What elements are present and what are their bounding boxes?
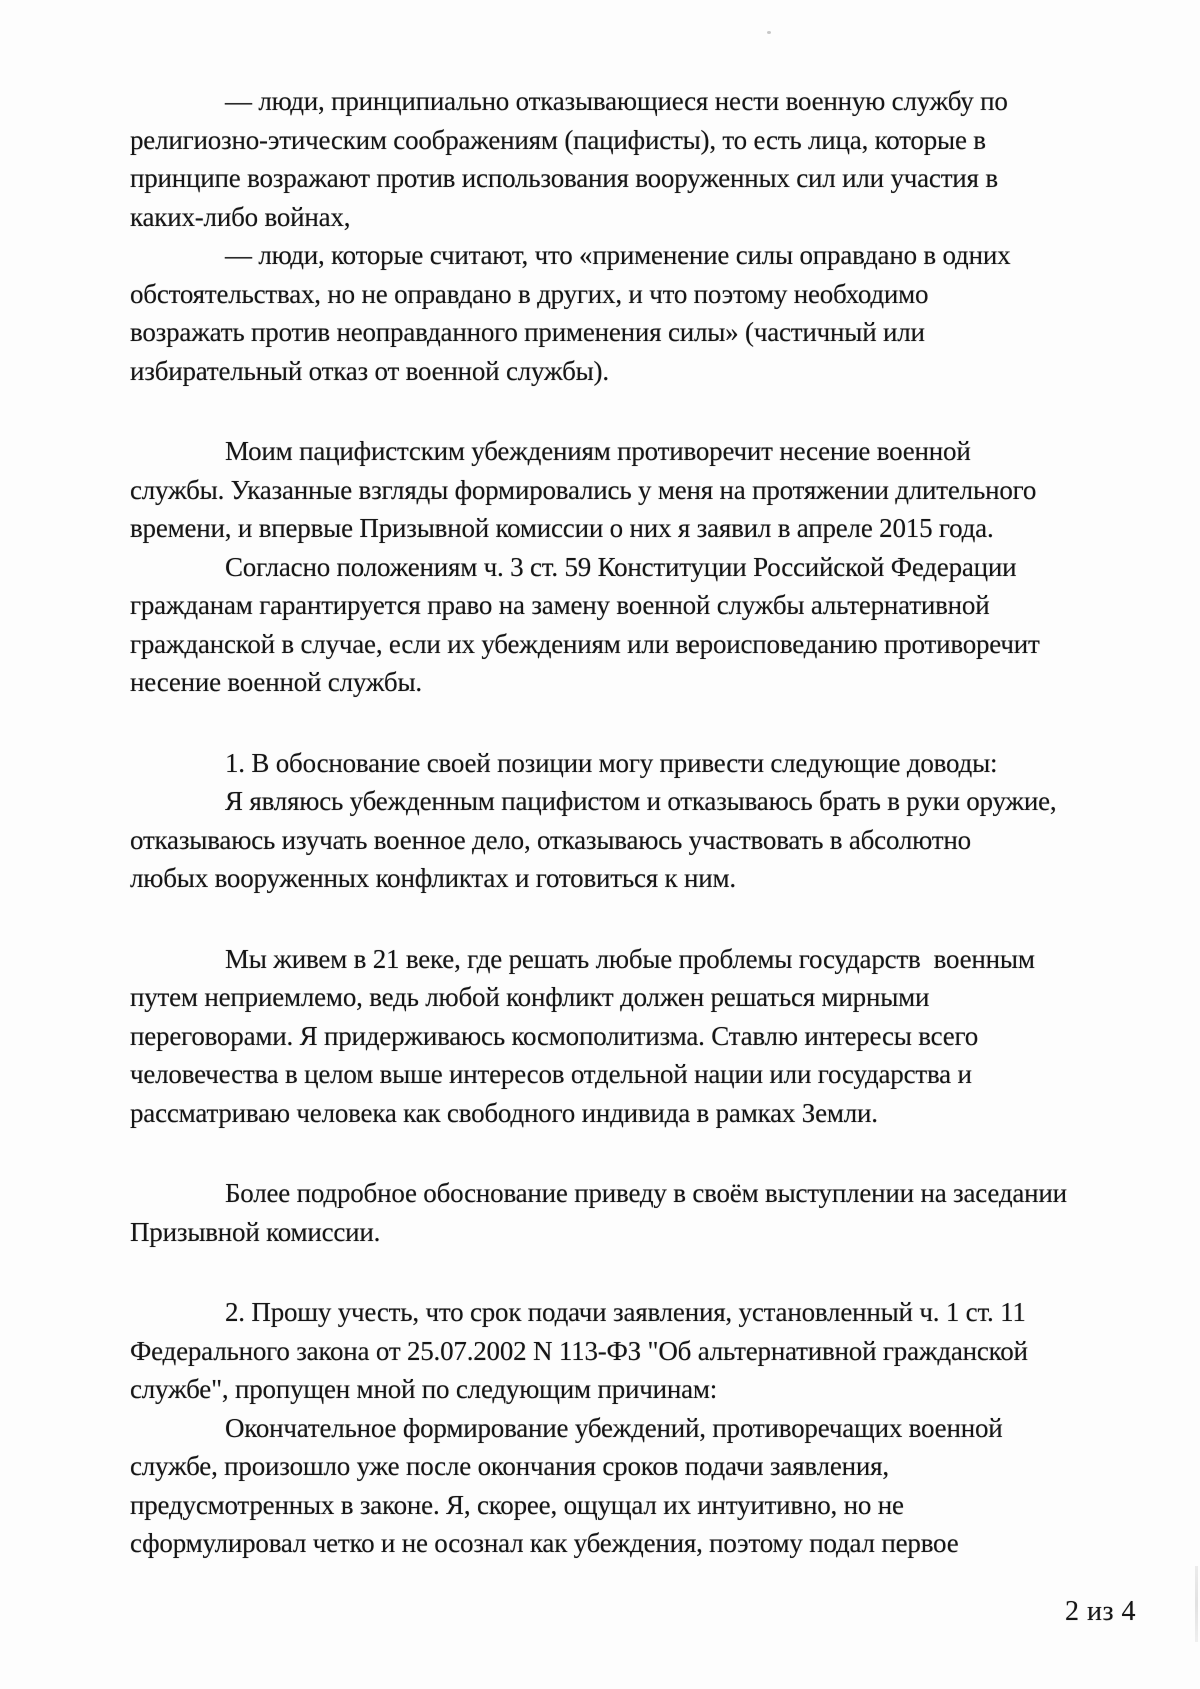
paragraph-block: — люди, принципиально отказывающиеся нес… — [130, 82, 1135, 390]
text-line: — люди, принципиально отказывающиеся нес… — [130, 82, 1135, 121]
text-line: времени, и впервые Призывной комиссии о … — [130, 509, 1135, 548]
scan-artifact — [1195, 1566, 1198, 1642]
text-line: каких-либо войнах, — [130, 198, 1135, 237]
text-line: рассматриваю человека как свободного инд… — [130, 1094, 1135, 1133]
text-line: службе", пропущен мной по следующим прич… — [130, 1370, 1135, 1409]
scan-artifact — [767, 31, 771, 34]
paragraph-block: 2. Прошу учесть, что срок подачи заявлен… — [130, 1293, 1135, 1563]
paragraph-block: Более подробное обоснование приведу в св… — [130, 1174, 1135, 1251]
paragraph-block: Моим пацифистским убеждениям противоречи… — [130, 432, 1135, 702]
paragraph-block: Мы живем в 21 веке, где решать любые про… — [130, 940, 1135, 1133]
document-page: — люди, принципиально отказывающиеся нес… — [0, 0, 1200, 1689]
text-line: переговорами. Я придерживаюсь космополит… — [130, 1017, 1135, 1056]
text-line: возражать против неоправданного применен… — [130, 313, 1135, 352]
text-line: 2. Прошу учесть, что срок подачи заявлен… — [130, 1293, 1135, 1332]
text-line: Окончательное формирование убеждений, пр… — [130, 1409, 1135, 1448]
text-line: религиозно-этическим соображениям (пациф… — [130, 121, 1135, 160]
text-line: любых вооруженных конфликтах и готовитьс… — [130, 859, 1135, 898]
text-line: несение военной службы. — [130, 663, 1135, 702]
text-line: 1. В обоснование своей позиции могу прив… — [130, 744, 1135, 783]
document-text: — люди, принципиально отказывающиеся нес… — [130, 82, 1135, 1563]
text-line: Я являюсь убежденным пацифистом и отказы… — [130, 782, 1135, 821]
text-line: Согласно положениям ч. 3 ст. 59 Конститу… — [130, 548, 1135, 587]
text-line: Федерального закона от 25.07.2002 N 113-… — [130, 1332, 1135, 1371]
text-line: человечества в целом выше интересов отде… — [130, 1055, 1135, 1094]
page-number: 2 из 4 — [1065, 1596, 1136, 1628]
text-line: предусмотренных в законе. Я, скорее, ощу… — [130, 1486, 1135, 1525]
text-line: гражданской в случае, если их убеждениям… — [130, 625, 1135, 664]
text-line: сформулировал четко и не осознал как убе… — [130, 1524, 1135, 1563]
text-line: службы. Указанные взгляды формировались … — [130, 471, 1135, 510]
text-line: Мы живем в 21 веке, где решать любые про… — [130, 940, 1135, 979]
text-line: Более подробное обоснование приведу в св… — [130, 1174, 1135, 1213]
text-line: — люди, которые считают, что «применение… — [130, 236, 1135, 275]
text-line: путем неприемлемо, ведь любой конфликт д… — [130, 978, 1135, 1017]
text-line: Призывной комиссии. — [130, 1213, 1135, 1252]
text-line: обстоятельствах, но не оправдано в други… — [130, 275, 1135, 314]
text-line: гражданам гарантируется право на замену … — [130, 586, 1135, 625]
text-line: принципе возражают против использования … — [130, 159, 1135, 198]
text-line: Моим пацифистским убеждениям противоречи… — [130, 432, 1135, 471]
text-line: службе, произошло уже после окончания ср… — [130, 1447, 1135, 1486]
text-line: отказываюсь изучать военное дело, отказы… — [130, 821, 1135, 860]
text-line: избирательный отказ от военной службы). — [130, 352, 1135, 391]
paragraph-block: 1. В обоснование своей позиции могу прив… — [130, 744, 1135, 898]
